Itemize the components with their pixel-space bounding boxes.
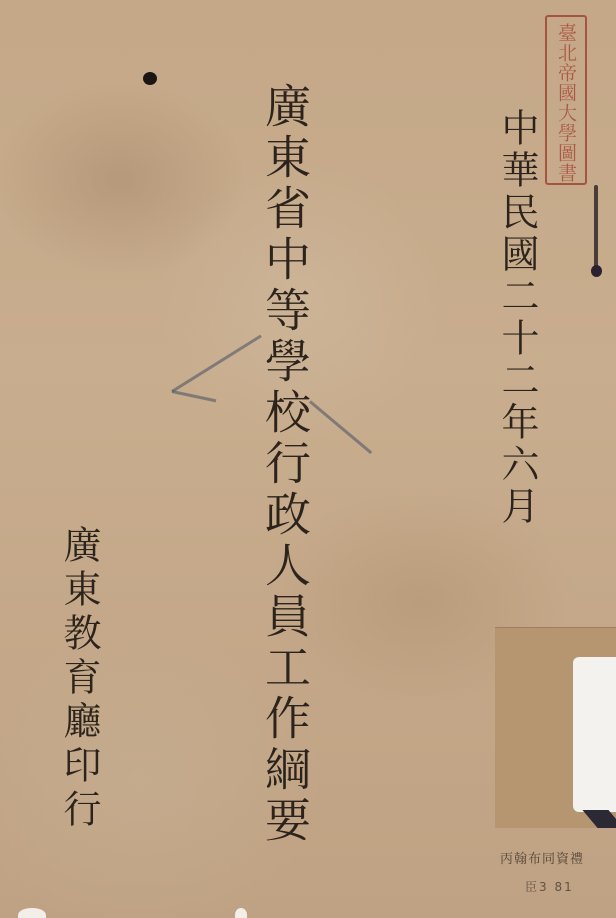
library-stamp-text: 臺北帝國大學圖書 [553,23,579,183]
publication-date: 中華民國二十二年六月 [490,108,545,528]
binding-knot [591,265,602,277]
binding-thread [594,185,598,270]
publisher: 廣東教育廳印行 [52,525,107,833]
document-title: 廣東省中等學校行政人員工作綱要 [252,82,318,847]
ink-dot [143,72,157,85]
edge-wear [18,908,46,918]
spine-label [573,657,616,812]
call-number-sub: 臣3 81 [525,878,574,895]
call-number: 丙翰布同資禮 [500,848,584,867]
library-stamp: 臺北帝國大學圖書 [545,15,587,185]
edge-wear [235,908,247,918]
binding-mark [591,185,601,280]
